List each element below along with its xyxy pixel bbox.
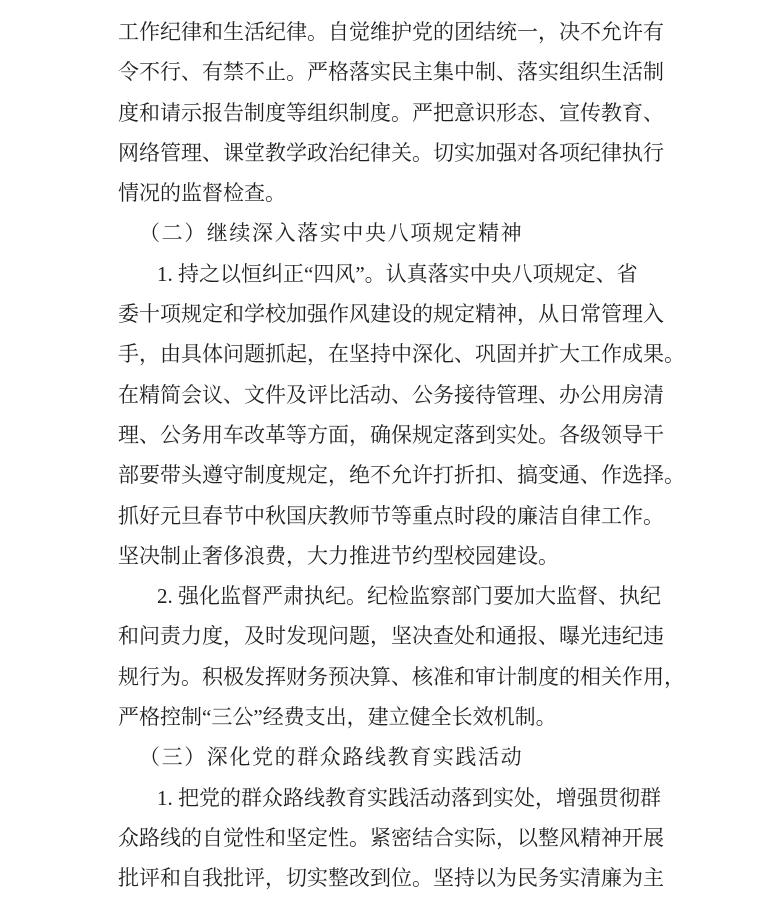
paragraph-continuation: 工作纪律和生活纪律。自觉维护党的团结统一，决不允许有 令不行、有禁不止。严格落实… (118, 12, 703, 213)
document-page: 工作纪律和生活纪律。自觉维护党的团结统一，决不允许有 令不行、有禁不止。严格落实… (0, 0, 780, 906)
paragraph-mass-line-1: 1. 把党的群众路线教育实践活动落到实处，增强贯彻群 众路线的自觉性和坚定性。紧… (118, 778, 703, 899)
paragraph-eight-regulations-2: 2. 强化监督严肃执纪。纪检监察部门要加大监督、执纪 和问责力度，及时发现问题，… (118, 576, 703, 737)
section-heading-three: （三）深化党的群众路线教育实践活动 (118, 737, 703, 777)
section-heading-two: （二）继续深入落实中央八项规定精神 (118, 213, 703, 253)
paragraph-eight-regulations-1: 1. 持之以恒纠正“四风”。认真落实中央八项规定、省 委十项规定和学校加强作风建… (118, 254, 703, 576)
